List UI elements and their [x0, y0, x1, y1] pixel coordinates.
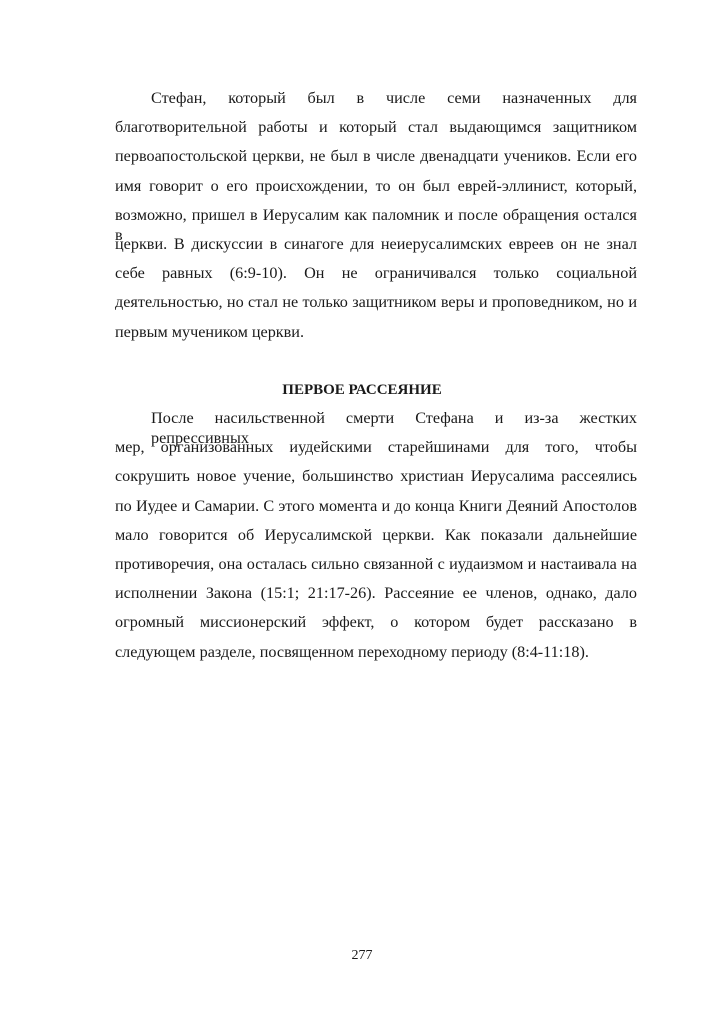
text-line: Стефан, который был в числе семи назначе…: [151, 88, 637, 108]
text-line: сокрушить новое учение, большинство хрис…: [115, 466, 637, 486]
text-line: противоречия, она осталась сильно связан…: [115, 554, 637, 574]
text-line: мало говорится об Иерусалимской церкви. …: [115, 525, 637, 545]
text-line: первоапостольской церкви, не был в числе…: [115, 146, 637, 166]
text-line: имя говорит о его происхождении, то он б…: [115, 176, 637, 196]
text-line: мер, организованных иудейскими старейшин…: [115, 437, 637, 457]
document-page: Стефан, который был в числе семи назначе…: [0, 0, 724, 1024]
section-heading: ПЕРВОЕ РАССЕЯНИЕ: [0, 382, 724, 399]
text-line: церкви. В дискуссии в синагоге для неиер…: [115, 234, 637, 254]
text-line: исполнении Закона (15:1; 21:17-26). Расс…: [115, 583, 637, 603]
text-line: деятельностью, но стал не только защитни…: [115, 292, 637, 312]
text-line: благотворительной работы и который стал …: [115, 117, 637, 137]
text-line: по Иудее и Самарии. С этого момента и до…: [115, 496, 637, 516]
text-line: первым мучеником церкви.: [115, 322, 637, 342]
text-line: следующем разделе, посвященном переходно…: [115, 642, 637, 662]
page-number: 277: [0, 948, 724, 964]
text-line: огромный миссионерский эффект, о котором…: [115, 612, 637, 632]
text-line: себе равных (6:9-10). Он не ограничивалс…: [115, 263, 637, 283]
